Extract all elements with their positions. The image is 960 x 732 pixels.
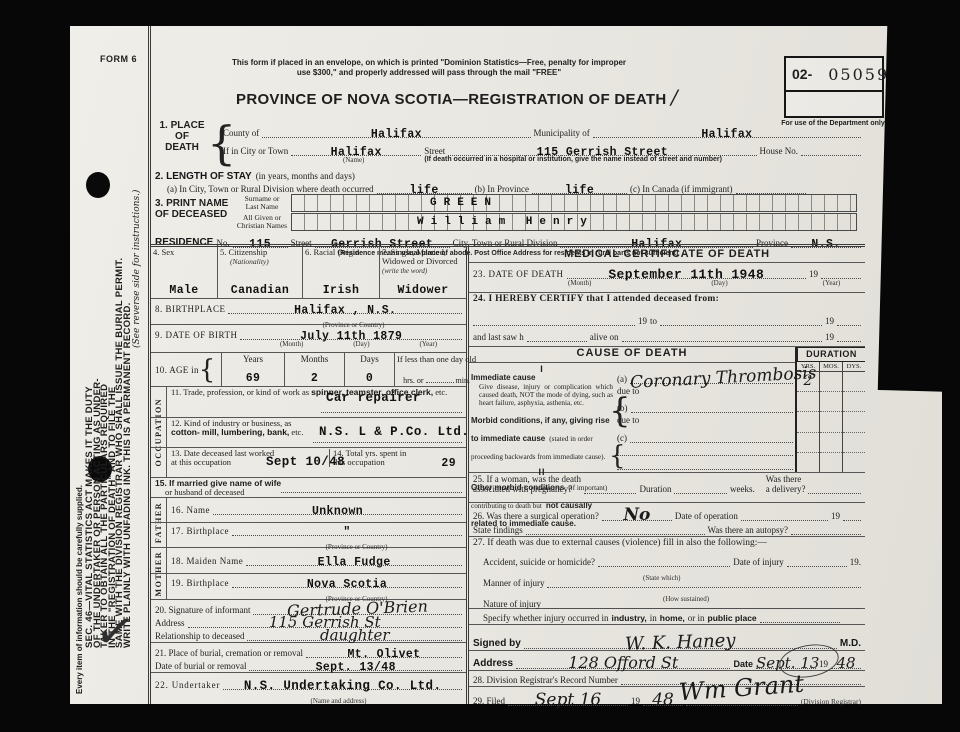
right-column: MEDICAL CERTIFICATE OF DEATH 23. DATE OF… bbox=[469, 247, 865, 704]
certify-to: to bbox=[650, 316, 657, 326]
mother-name-label: 18. Maiden Name bbox=[171, 556, 243, 566]
filed-label: 29. Filed bbox=[473, 696, 505, 706]
birthplace-value: Halifax , N.S. bbox=[294, 304, 396, 317]
row-24-certify: 24. I HEREBY CERTIFY that I attended dec… bbox=[469, 293, 865, 347]
md-label: M.D. bbox=[840, 638, 861, 649]
length-of-stay-label: 2. LENGTH OF STAY bbox=[155, 171, 252, 182]
brace-glyph: { bbox=[609, 441, 626, 471]
undertaker-label: 22. Undertaker bbox=[155, 680, 220, 690]
cause-of-death-header: CAUSE OF DEATH bbox=[469, 347, 795, 363]
scan-edge-black bbox=[878, 0, 960, 392]
row-12-industry: 12. Kind of industry or business, as cot… bbox=[151, 418, 466, 448]
age-label: 10. AGE in bbox=[155, 365, 199, 375]
operation-19: 19 bbox=[831, 511, 840, 521]
age-hrs-min: hrs. or min. bbox=[397, 376, 476, 385]
date-of-death-label: 23. DATE OF DEATH bbox=[473, 269, 564, 279]
street-label: Street bbox=[424, 146, 445, 156]
given-names-grid: William Henry bbox=[291, 213, 857, 231]
duration-mos-column: MOS. bbox=[820, 362, 843, 472]
given-names-label: All Given or Christian Names bbox=[235, 214, 289, 230]
informant-relationship-label: Relationship to deceased bbox=[155, 631, 244, 641]
alive-on-label: alive on bbox=[590, 332, 619, 342]
mother-name-value: Ella Fudge bbox=[318, 556, 391, 569]
row-23-date-of-death: 23. DATE OF DEATH September 11th 1948 19… bbox=[469, 263, 865, 293]
age-years-value: 69 bbox=[224, 373, 282, 385]
surname-label: Surname or Last Name bbox=[235, 195, 289, 211]
operation-date-label: Date of operation bbox=[675, 511, 738, 521]
reverse-side-note: (See reverse side for instructions.) bbox=[132, 190, 142, 348]
citizenship-label: 5. Citizenship (Nationality) bbox=[220, 248, 300, 266]
medical-certificate-header: MEDICAL CERTIFICATE OF DEATH bbox=[469, 247, 865, 263]
father-birthplace-label: 17. Birthplace bbox=[171, 526, 229, 536]
dob-year-sublabel: (Year) bbox=[419, 340, 437, 348]
dod-year-sublabel: (Year) bbox=[823, 279, 841, 287]
industry-value: N.S. L & P.Co. Ltd. bbox=[319, 426, 469, 438]
death-certificate-scan: FORM 6 SEC. 46—VITAL STATISTICS ACT MAKE… bbox=[70, 26, 942, 704]
row-11-trade: 11. Trade, profession, or kind of work a… bbox=[151, 387, 466, 418]
row-13-14: 13. Date deceased last worked at this oc… bbox=[151, 448, 466, 478]
father-name-label: 16. Name bbox=[171, 505, 210, 515]
city-value: Halifax bbox=[331, 146, 382, 159]
registrar-signature: Wm Grant bbox=[678, 674, 804, 704]
racial-origin-value: Irish bbox=[305, 285, 377, 297]
delivery-label: Was there a delivery? bbox=[766, 474, 806, 494]
pregnancy-label: 25. If a woman, was the death associated… bbox=[473, 474, 581, 494]
age-years-label: Years bbox=[224, 354, 282, 364]
immediate-cause-desc: Give disease, injury or complication whi… bbox=[471, 383, 613, 407]
nature-label: Nature of injury bbox=[483, 599, 541, 609]
physician-address: 128 Offord St bbox=[568, 653, 678, 672]
undertaker-sublabel: (Name and address) bbox=[311, 697, 367, 705]
row-4-7: 4. Sex Male 5. Citizenship (Nationality)… bbox=[151, 247, 466, 299]
stay-b-label: (b) In Province bbox=[475, 184, 529, 194]
supplied-note: Every item of information should be care… bbox=[75, 485, 84, 694]
injury-date-label: Date of injury bbox=[733, 557, 783, 567]
age-months-label: Months bbox=[287, 354, 342, 364]
left-column: 4. Sex Male 5. Citizenship (Nationality)… bbox=[151, 247, 469, 704]
envelope-note-line2: use $300," and properly addressed will p… bbox=[203, 68, 655, 78]
row-18-mother-name: 18. Maiden Name Ella Fudge bbox=[151, 548, 466, 574]
total-years-value: 29 bbox=[441, 458, 456, 470]
stay-a-label: (a) In City, Town or Rural Division wher… bbox=[155, 184, 374, 194]
filed-19: 19 bbox=[631, 696, 640, 706]
registration-number: 05059 bbox=[828, 65, 889, 84]
certify-label: 24. I HEREBY CERTIFY that I attended dec… bbox=[473, 294, 719, 304]
trade-value: Car repairer bbox=[326, 392, 421, 404]
filed-date: Sept 16 bbox=[535, 690, 601, 710]
row-29-filed: 29. Filed Sept 16 19 48 Wm Grant (Divisi… bbox=[469, 687, 865, 707]
signed-by-label: Signed by bbox=[473, 638, 521, 649]
sex-value: Male bbox=[153, 285, 215, 297]
row-specify-injury: Specify whether injury occurred in indus… bbox=[469, 609, 865, 625]
father-group: FATHER 16. Name Unknown 17. Birthplace "… bbox=[151, 498, 466, 548]
left-margin: FORM 6 SEC. 46—VITAL STATISTICS ACT MAKE… bbox=[70, 26, 148, 704]
division-registrar-sublabel: (Division Registrar) bbox=[801, 697, 861, 706]
specify-public-place: public place bbox=[708, 613, 757, 623]
marital-label: 7. Single, Married, Widowed or Divorced … bbox=[382, 248, 464, 276]
age-less-label: If less than one day old bbox=[397, 354, 476, 364]
mother-birthplace-label: 19. Birthplace bbox=[171, 578, 229, 588]
row-25-pregnancy: 25. If a woman, was the death associated… bbox=[469, 473, 865, 503]
last-saw-label: and last saw h bbox=[473, 332, 524, 342]
form-title: PROVINCE OF NOVA SCOTIA—REGISTRATION OF … bbox=[171, 88, 743, 108]
dob-value: July 11th 1879 bbox=[300, 330, 402, 343]
stay-c-label: (c) In Canada (if immigrant) bbox=[630, 184, 732, 194]
specify-home: home, bbox=[660, 613, 685, 623]
form-title-text: PROVINCE OF NOVA SCOTIA—REGISTRATION OF … bbox=[236, 91, 666, 108]
form-body: This form if placed in an envelope, on w… bbox=[148, 26, 865, 704]
row-28-record-number: 28. Division Registrar's Record Number bbox=[469, 671, 865, 687]
brace-glyph: { bbox=[199, 355, 216, 385]
mother-birthplace-value: Nova Scotia bbox=[307, 578, 387, 591]
registration-number-box: 02- 05059 bbox=[784, 56, 884, 118]
house-no-label: House No. bbox=[760, 146, 799, 156]
given-names-value: William Henry bbox=[417, 216, 594, 228]
row-26-operation: 26. Was there a surgical operation? No D… bbox=[469, 503, 865, 537]
brace-glyph: { bbox=[609, 391, 631, 431]
certify-19a: 19 bbox=[638, 316, 647, 326]
findings-label: State findings bbox=[473, 525, 523, 535]
father-birthplace-value: " bbox=[343, 526, 350, 539]
municipality-label: Municipality of bbox=[534, 128, 590, 138]
duration-dys-column: DYS. bbox=[843, 362, 865, 472]
row-10-age: 10. AGE in { Years 69 Months 2 Days bbox=[151, 353, 466, 387]
external-causes-label: 27. If death was due to external causes … bbox=[473, 538, 861, 553]
street-value: 115 Gerrish Street bbox=[537, 146, 668, 159]
date-of-death-value: September 11th 1948 bbox=[608, 267, 764, 282]
signed-date-year: 48 bbox=[836, 654, 855, 672]
father-name-value: Unknown bbox=[312, 505, 363, 518]
municipality-value: Halifax bbox=[701, 128, 752, 141]
last-worked-value: Sept 10/48 bbox=[266, 456, 345, 468]
print-name-label: 3. PRINT NAME OF DECEASED bbox=[155, 198, 233, 220]
row-physician-address: Address 128 Offord St Date Sept. 13 19 4… bbox=[469, 651, 865, 671]
autopsy-label: Was there an autopsy? bbox=[708, 525, 789, 535]
registration-prefix: 02- bbox=[786, 66, 812, 82]
racial-origin-label: 6. Racial Origin bbox=[305, 248, 377, 257]
form-columns: 4. Sex Male 5. Citizenship (Nationality)… bbox=[151, 244, 865, 704]
row-17-father-birthplace: 17. Birthplace " (Province or Country) bbox=[151, 523, 466, 548]
handwritten-slash: / bbox=[671, 85, 678, 109]
county-value: Halifax bbox=[371, 128, 422, 141]
citizenship-value: Canadian bbox=[220, 285, 300, 297]
mother-group: MOTHER 18. Maiden Name Ella Fudge 19. Bi… bbox=[151, 548, 466, 600]
section-place-of-death: 1. PLACE OF DEATH { County of Halifax Mu… bbox=[151, 118, 865, 164]
form-number: FORM 6 bbox=[100, 54, 137, 64]
undertaker-value: N.S. Undertaking Co. Ltd. bbox=[244, 679, 442, 693]
section-length-of-stay: 2. LENGTH OF STAY (in years, months and … bbox=[155, 166, 861, 194]
birthplace-label: 8. BIRTHPLACE bbox=[155, 304, 225, 314]
pregnancy-duration-label: Duration bbox=[639, 484, 671, 494]
informant-relationship: daughter bbox=[320, 626, 390, 644]
age-months-value: 2 bbox=[287, 373, 342, 385]
length-of-stay-sublabel: (in years, months and days) bbox=[256, 171, 355, 181]
surname-value: GREEN bbox=[430, 197, 498, 209]
last-saw-19: 19 bbox=[825, 332, 834, 342]
specify-industry: industry, bbox=[611, 613, 646, 623]
specify-label: Specify whether injury occurred in bbox=[473, 613, 608, 623]
operation-label: 26. Was there a surgical operation? bbox=[473, 511, 599, 521]
county-label: County of bbox=[223, 128, 259, 138]
signed-date-label: Date bbox=[733, 659, 753, 669]
punch-hole-top bbox=[86, 172, 110, 198]
envelope-note-line1: This form if placed in an envelope, on w… bbox=[203, 58, 655, 68]
age-days-label: Days bbox=[347, 354, 392, 364]
city-label: If in City or Town bbox=[223, 146, 288, 156]
burial-date-label: Date of burial or removal bbox=[155, 661, 246, 671]
certify-19b: 19 bbox=[825, 316, 834, 326]
act-line: WRITE PLAINLY WITH UNFADING INK. THIS IS… bbox=[124, 258, 132, 648]
dob-label: 9. DATE OF BIRTH bbox=[155, 330, 237, 340]
row-27-external-causes: 27. If death was due to external causes … bbox=[469, 537, 865, 609]
informant-address-label: Address bbox=[155, 618, 185, 628]
row-20-informant: 20. Signature of informant Gertrude O'Br… bbox=[151, 600, 466, 643]
vital-statistics-act-note: SEC. 46—VITAL STATISTICS ACT MAKES IT TH… bbox=[86, 258, 132, 648]
manner-label: Manner of injury bbox=[483, 578, 544, 588]
cause-labels: I Immediate cause Give disease, injury o… bbox=[471, 364, 613, 472]
due-to-2: due to bbox=[617, 415, 793, 428]
filed-year: 48 bbox=[652, 690, 674, 710]
immediate-cause-label: Immediate cause bbox=[471, 374, 613, 383]
surname-grid: GREEN bbox=[291, 194, 857, 212]
occupation-group: OCCUPATION 11. Trade, profession, or kin… bbox=[151, 387, 466, 478]
record-number-label: 28. Division Registrar's Record Number bbox=[473, 675, 618, 685]
marital-value: Widower bbox=[382, 285, 464, 297]
age-days-value: 0 bbox=[347, 373, 392, 385]
row-15-spouse: 15. If married give name of wife or husb… bbox=[151, 478, 466, 498]
envelope-note: This form if placed in an envelope, on w… bbox=[203, 58, 655, 78]
row-16-father-name: 16. Name Unknown bbox=[151, 498, 466, 523]
sex-label: 4. Sex bbox=[153, 248, 215, 257]
physician-address-label: Address bbox=[473, 658, 513, 669]
dod-19: 19 bbox=[809, 269, 818, 279]
row-22-undertaker: 22. Undertaker N.S. Undertaking Co. Ltd.… bbox=[151, 673, 466, 707]
accident-label: Accident, suicide or homicide? bbox=[483, 557, 595, 567]
duration-header: DURATION bbox=[797, 347, 865, 362]
cause-fields: (a) Coronary Thrombosis due to (b) due t… bbox=[617, 362, 793, 470]
place-of-death-label: 1. PLACE OF DEATH bbox=[155, 120, 209, 153]
dod-month-sublabel: (Month) bbox=[568, 279, 591, 287]
cause-of-death-section: CAUSE OF DEATH DURATION YRS. 2 MOS. bbox=[469, 347, 865, 473]
row-21-burial: 21. Place of burial, cremation or remova… bbox=[151, 643, 466, 673]
row-9-date-of-birth: 9. DATE OF BIRTH July 11th 1879 (Month) … bbox=[151, 325, 466, 353]
cause-a-label: (a) bbox=[617, 374, 627, 384]
pregnancy-weeks-label: weeks. bbox=[730, 484, 755, 494]
row-8-birthplace: 8. BIRTHPLACE Halifax , N.S. (Province o… bbox=[151, 299, 466, 325]
injury-19: 19. bbox=[850, 557, 861, 567]
spouse-label: 15. If married give name of wife or husb… bbox=[155, 479, 462, 497]
